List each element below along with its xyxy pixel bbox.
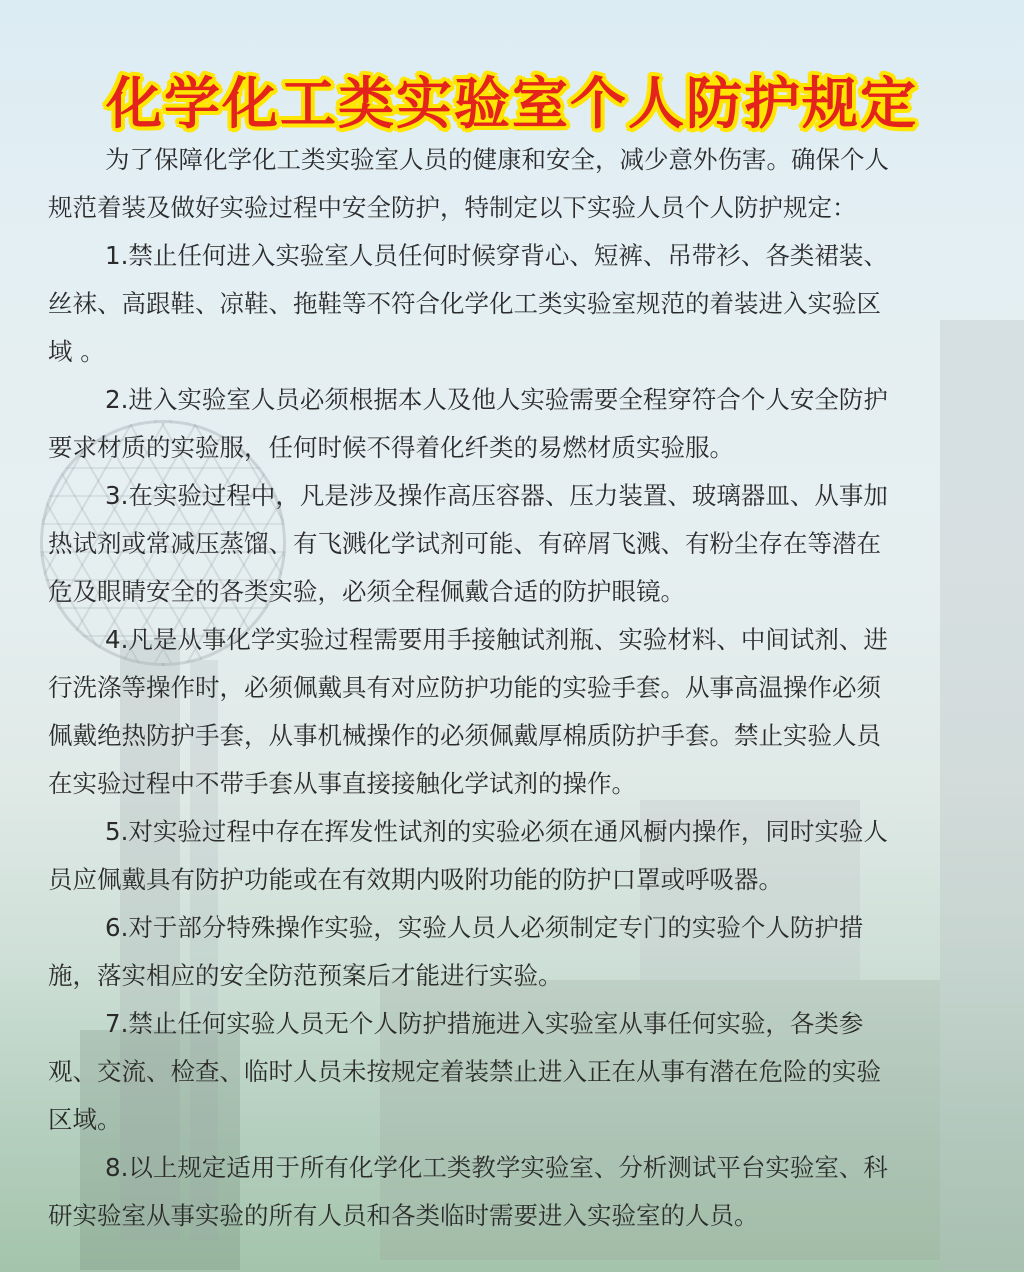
- rule-5: 5.对实验过程中存在挥发性试剂的实验必须在通风橱内操作，同时实验人 员应佩戴具有…: [48, 808, 998, 904]
- text-line: 5.对实验过程中存在挥发性试剂的实验必须在通风橱内操作，同时实验人: [48, 808, 998, 856]
- text-line: 域 。: [48, 328, 998, 376]
- text-line: 为了保障化学化工类实验室人员的健康和安全，减少意外伤害。确保个人: [48, 136, 998, 184]
- text-line: 丝袜、高跟鞋、凉鞋、拖鞋等不符合化学化工类实验室规范的着装进入实验区: [48, 280, 998, 328]
- text-line: 危及眼睛安全的各类实验，必须全程佩戴合适的防护眼镜。: [48, 568, 998, 616]
- text-line: 研实验室从事实验的所有人员和各类临时需要进入实验室的人员。: [48, 1192, 998, 1240]
- text-line: 佩戴绝热防护手套，从事机械操作的必须佩戴厚棉质防护手套。禁止实验人员: [48, 712, 998, 760]
- text-line: 4.凡是从事化学实验过程需要用手接触试剂瓶、实验材料、中间试剂、进: [48, 616, 998, 664]
- intro-paragraph: 为了保障化学化工类实验室人员的健康和安全，减少意外伤害。确保个人 规范着装及做好…: [48, 136, 998, 232]
- text-line: 1.禁止任何进入实验室人员任何时候穿背心、短裤、吊带衫、各类裙装、: [48, 232, 998, 280]
- text-line: 行洗涤等操作时，必须佩戴具有对应防护功能的实验手套。从事高温操作必须: [48, 664, 998, 712]
- text-line: 8.以上规定适用于所有化学化工类教学实验室、分析测试平台实验室、科: [48, 1144, 998, 1192]
- rule-8: 8.以上规定适用于所有化学化工类教学实验室、分析测试平台实验室、科 研实验室从事…: [48, 1144, 998, 1240]
- rule-7: 7.禁止任何实验人员无个人防护措施进入实验室从事任何实验，各类参 观、交流、检查…: [48, 1000, 998, 1144]
- text-line: 热试剂或常减压蒸馏、有飞溅化学试剂可能、有碎屑飞溅、有粉尘存在等潜在: [48, 520, 998, 568]
- text-line: 施，落实相应的安全防范预案后才能进行实验。: [48, 952, 998, 1000]
- text-line: 要求材质的实验服，任何时候不得着化纤类的易燃材质实验服。: [48, 424, 998, 472]
- text-line: 6.对于部分特殊操作实验，实验人员人必须制定专门的实验个人防护措: [48, 904, 998, 952]
- text-line: 3.在实验过程中，凡是涉及操作高压容器、压力装置、玻璃器皿、从事加: [48, 472, 998, 520]
- text-line: 在实验过程中不带手套从事直接接触化学试剂的操作。: [48, 760, 998, 808]
- rule-1: 1.禁止任何进入实验室人员任何时候穿背心、短裤、吊带衫、各类裙装、 丝袜、高跟鞋…: [48, 232, 998, 376]
- text-line: 区域。: [48, 1096, 998, 1144]
- text-line: 观、交流、检查、临时人员未按规定着装禁止进入正在从事有潜在危险的实验: [48, 1048, 998, 1096]
- rule-2: 2.进入实验室人员必须根据本人及他人实验需要全程穿符合个人安全防护 要求材质的实…: [48, 376, 998, 472]
- text-line: 7.禁止任何实验人员无个人防护措施进入实验室从事任何实验，各类参: [48, 1000, 998, 1048]
- rule-3: 3.在实验过程中，凡是涉及操作高压容器、压力装置、玻璃器皿、从事加 热试剂或常减…: [48, 472, 998, 616]
- rule-6: 6.对于部分特殊操作实验，实验人员人必须制定专门的实验个人防护措 施，落实相应的…: [48, 904, 998, 1000]
- regulation-body: 为了保障化学化工类实验室人员的健康和安全，减少意外伤害。确保个人 规范着装及做好…: [48, 136, 998, 1240]
- text-line: 2.进入实验室人员必须根据本人及他人实验需要全程穿符合个人安全防护: [48, 376, 998, 424]
- text-line: 员应佩戴具有防护功能或在有效期内吸附功能的防护口罩或呼吸器。: [48, 856, 998, 904]
- poster-title: 化学化工类实验室个人防护规定: [0, 60, 1024, 140]
- text-line: 规范着装及做好实验过程中安全防护，特制定以下实验人员个人防护规定：: [48, 184, 998, 232]
- rule-4: 4.凡是从事化学实验过程需要用手接触试剂瓶、实验材料、中间试剂、进 行洗涤等操作…: [48, 616, 998, 808]
